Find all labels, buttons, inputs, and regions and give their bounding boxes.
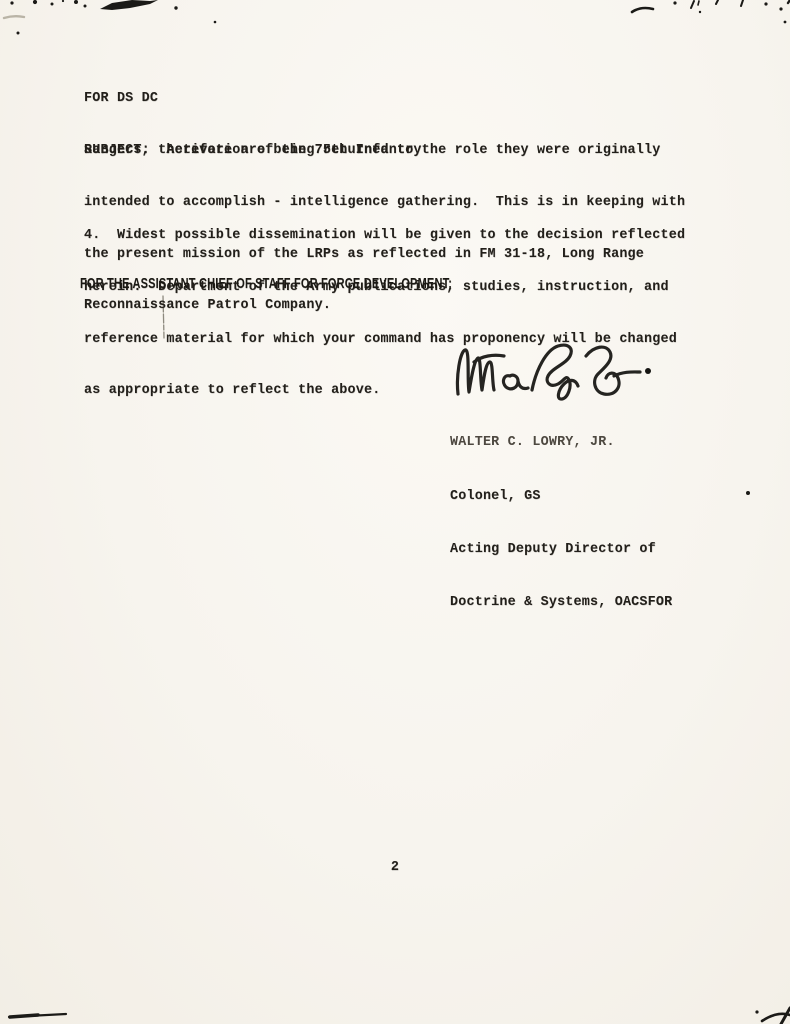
- paragraph-line: 4. Widest possible dissemination will be…: [84, 227, 685, 244]
- signer-rank: Colonel, GS: [450, 488, 672, 506]
- signature-block: WALTER C. LOWRY, JR. Colonel, GS Acting …: [450, 399, 672, 647]
- closing-authority-line: FOR THE ASSISTANT CHIEF OF STAFF FOR FOR…: [80, 276, 452, 292]
- page-number: 2: [0, 859, 790, 876]
- paragraph-line: Rangers, therefore are being returned to…: [84, 142, 685, 159]
- signature-period-dot: [645, 368, 651, 374]
- handwritten-signature: [448, 336, 660, 406]
- signer-title-line: Acting Deputy Director of: [450, 541, 672, 559]
- signer-name: WALTER C. LOWRY, JR.: [450, 434, 672, 452]
- scanned-memo-page: FOR DS DC SUBJECT: Activation of the 75t…: [0, 0, 790, 1024]
- signer-title-line: Doctrine & Systems, OACSFOR: [450, 594, 672, 612]
- addressee-line: FOR DS DC: [84, 90, 422, 107]
